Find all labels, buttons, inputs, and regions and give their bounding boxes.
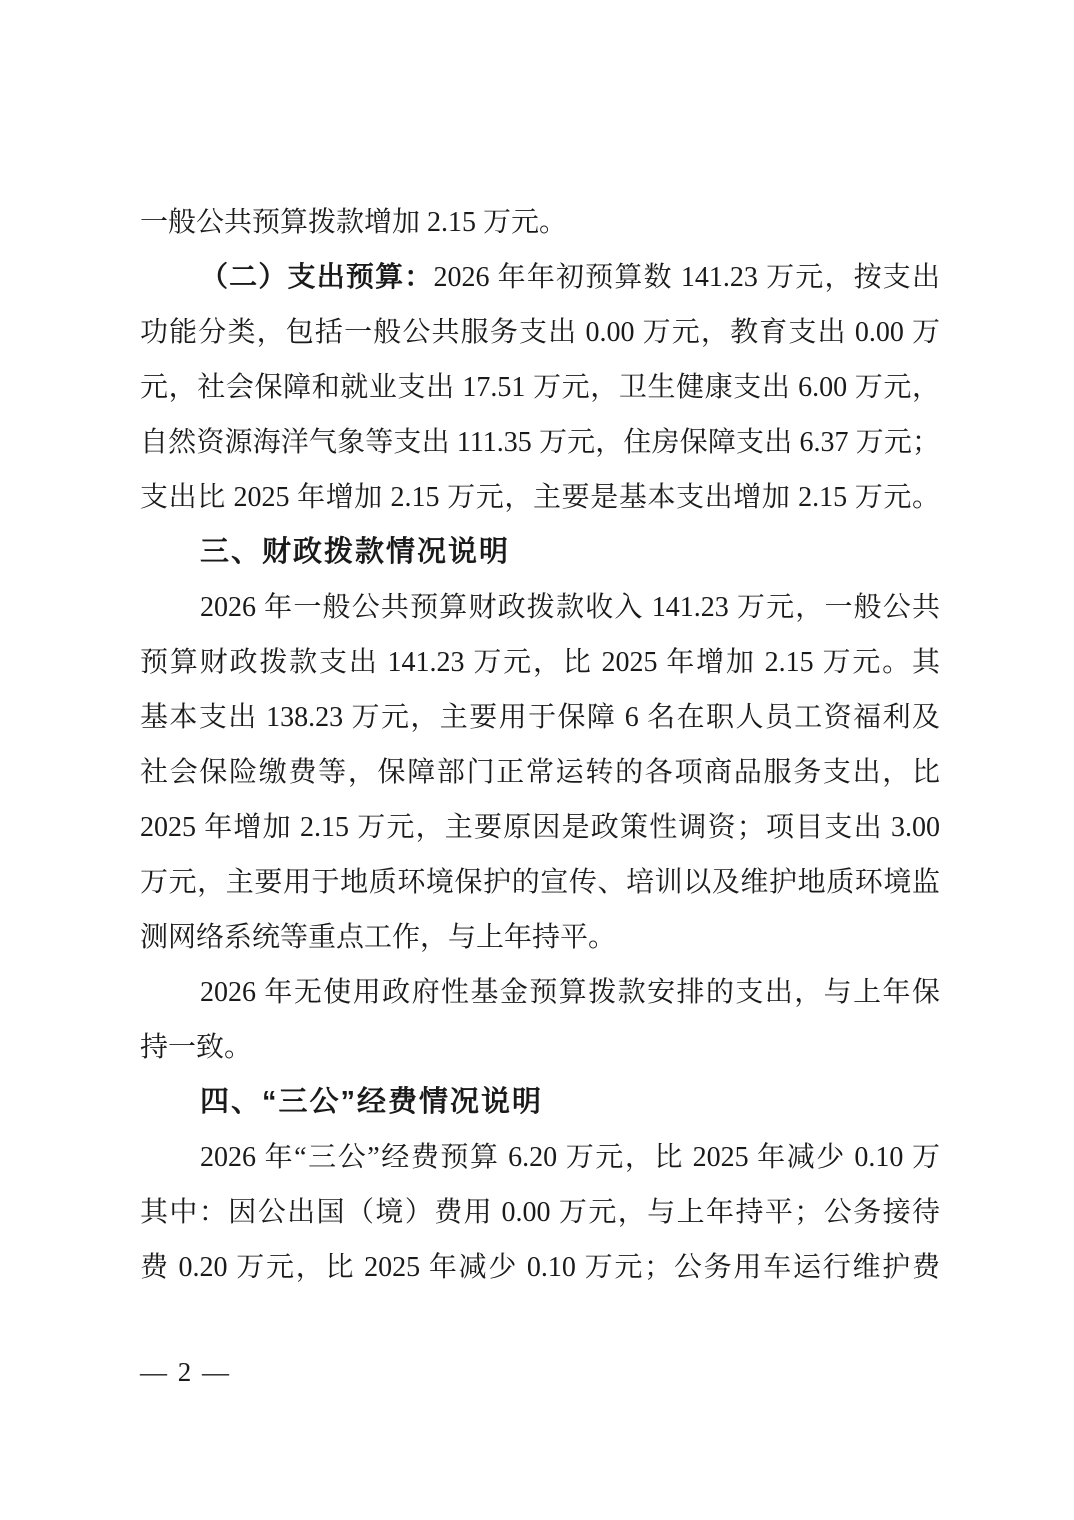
paragraph-line: （二）支出预算：2026 年年初预算数 141.23 万元，按支出 (140, 250, 940, 305)
paragraph-line: 万元，主要用于地质环境保护的宣传、培训以及维护地质环境监 (140, 855, 940, 910)
document-body: 一般公共预算拨款增加 2.15 万元。 （二）支出预算：2026 年年初预算数 … (140, 195, 940, 1295)
paragraph-line: 支出比 2025 年增加 2.15 万元，主要是基本支出增加 2.15 万元。 (140, 470, 940, 525)
paragraph-line: 一般公共预算拨款增加 2.15 万元。 (140, 195, 940, 250)
paragraph-line: 基本支出 138.23 万元，主要用于保障 6 名在职人员工资福利及 (140, 690, 940, 745)
page-number: — 2 — (140, 1345, 231, 1400)
paragraph-line: 预算财政拨款支出 141.23 万元，比 2025 年增加 2.15 万元。其中… (140, 635, 940, 690)
paragraph-line: 2025 年增加 2.15 万元，主要原因是政策性调资；项目支出 3.00 (140, 800, 940, 855)
paragraph-line: 2026 年一般公共预算财政拨款收入 141.23 万元，一般公共 (140, 580, 940, 635)
paragraph-line: 2026 年无使用政府性基金预算拨款安排的支出，与上年保 (140, 965, 940, 1020)
paragraph-line: 2026 年“三公”经费预算 6.20 万元，比 2025 年减少 0.10 万… (140, 1130, 940, 1185)
paragraph-line: 其中：因公出国（境）费用 0.00 万元，与上年持平；公务接待 (140, 1185, 940, 1240)
paragraph-line: 费 0.20 万元，比 2025 年减少 0.10 万元；公务用车运行维护费 (140, 1240, 940, 1295)
paragraph-line: 自然资源海洋气象等支出 111.35 万元，住房保障支出 6.37 万元； (140, 415, 940, 470)
paragraph-line: 测网络系统等重点工作，与上年持平。 (140, 910, 940, 965)
paragraph-line: 功能分类，包括一般公共服务支出 0.00 万元，教育支出 0.00 万 (140, 305, 940, 360)
paragraph-line: 持一致。 (140, 1020, 940, 1075)
subsection-label-expenditure-budget: （二）支出预算： (200, 262, 433, 293)
document-page: 一般公共预算拨款增加 2.15 万元。 （二）支出预算：2026 年年初预算数 … (0, 0, 1074, 1520)
section-heading-fiscal-appropriation: 三、财政拨款情况说明 (140, 525, 940, 580)
section-heading-three-public-expenses: 四、“三公”经费情况说明 (140, 1075, 940, 1130)
paragraph-text: 2026 年年初预算数 141.23 万元，按支出 (433, 262, 940, 293)
paragraph-line: 社会保险缴费等，保障部门正常运转的各项商品服务支出，比 (140, 745, 940, 800)
paragraph-line: 元，社会保障和就业支出 17.51 万元，卫生健康支出 6.00 万元， (140, 360, 940, 415)
